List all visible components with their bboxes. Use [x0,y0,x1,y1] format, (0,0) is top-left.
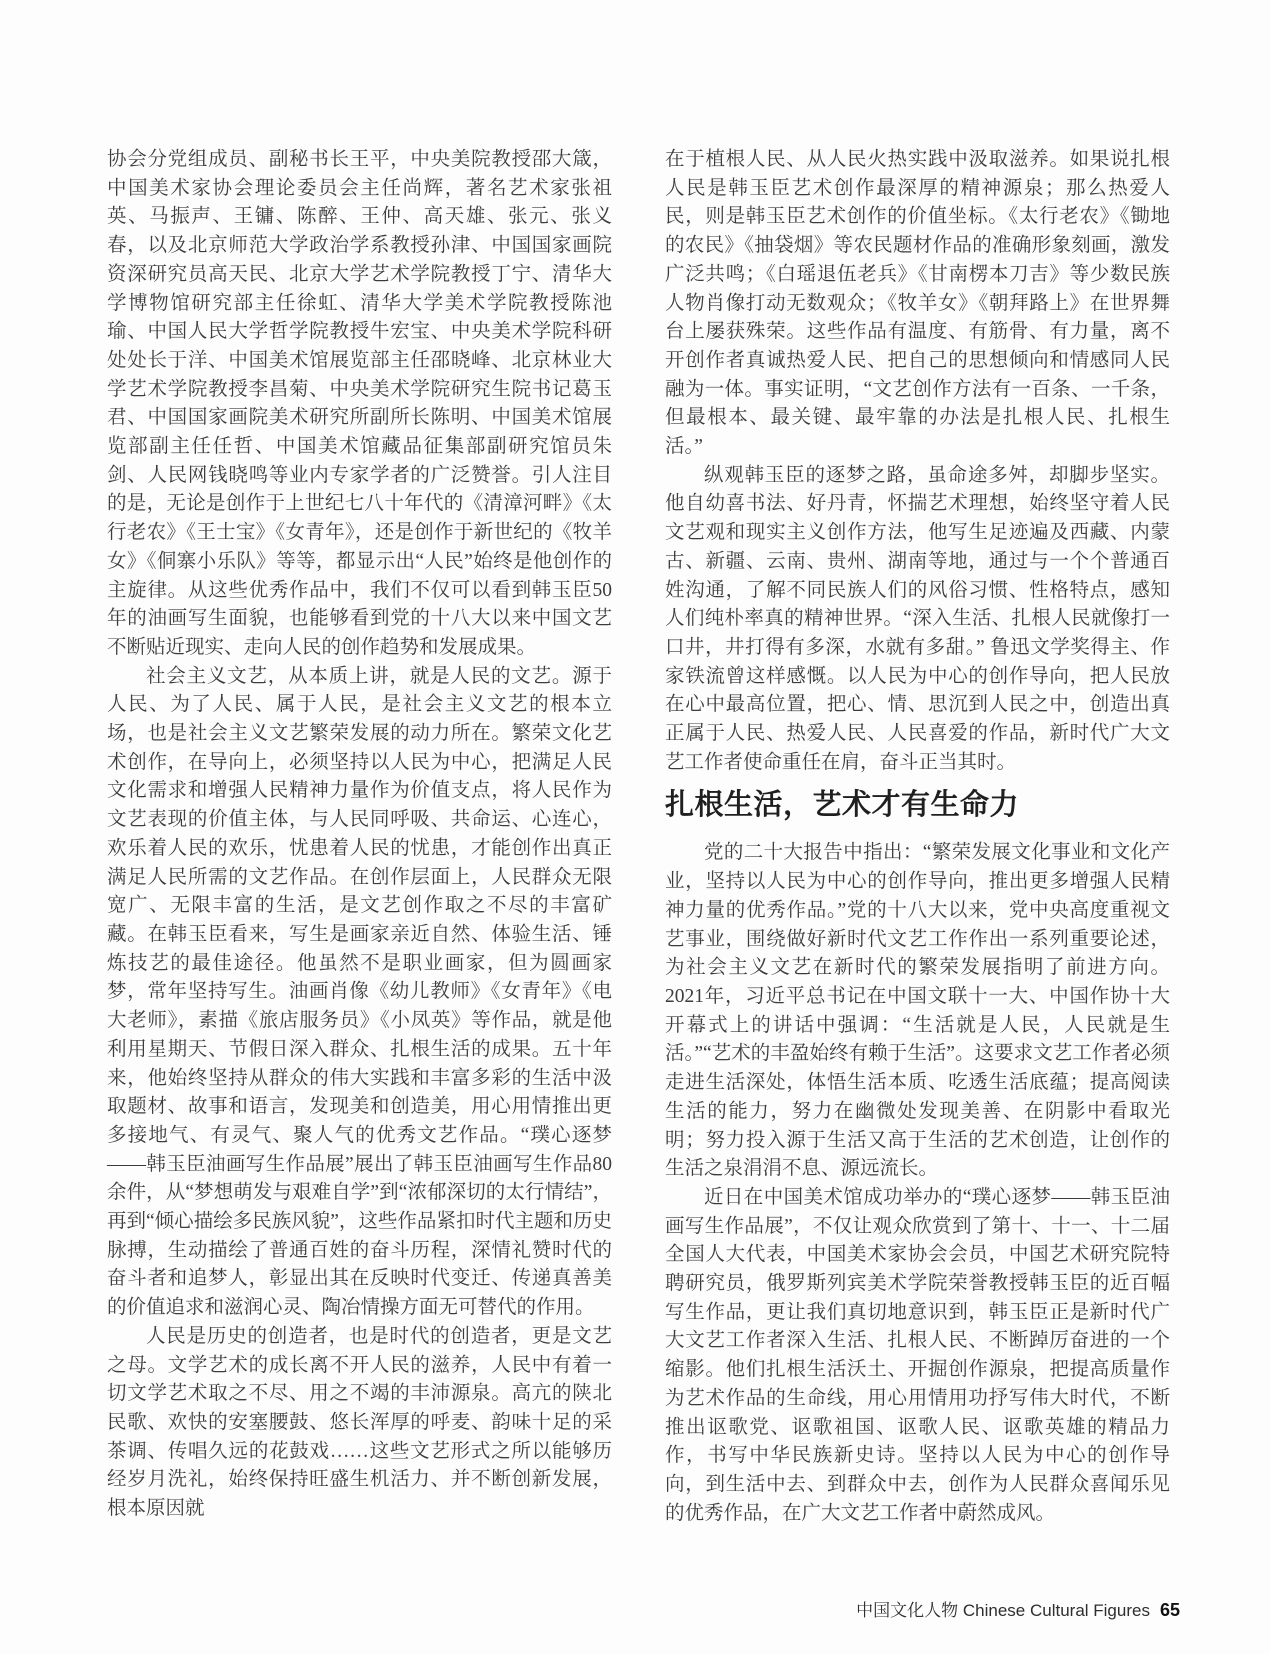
paragraph-continuation: 协会分党组成员、副秘书长王平，中央美院教授邵大箴，中国美术家协会理论委员会主任尚… [107,146,612,663]
paragraph: 人民是历史的创造者，也是时代的创造者，更是文艺之母。文学艺术的成长离不开人民的滋… [107,1323,612,1524]
magazine-page: 协会分党组成员、副秘书长王平，中央美院教授邵大箴，中国美术家协会理论委员会主任尚… [0,0,1270,1654]
paragraph: 社会主义文艺，从本质上讲，就是人民的文艺。源于人民、为了人民、属于人民，是社会主… [107,663,612,1323]
page-footer: 中国文化人物 Chinese Cultural Figures65 [856,1596,1180,1621]
paragraph: 近日在中国美术馆成功举办的“璞心逐梦——韩玉臣油画写生作品展”，不仅让观众欣赏到… [665,1184,1170,1528]
paragraph-continuation: 在于植根人民、从人民火热实践中汲取滋养。如果说扎根人民是韩玉臣艺术创作最深厚的精… [665,146,1170,462]
right-column: 在于植根人民、从人民火热实践中汲取滋养。如果说扎根人民是韩玉臣艺术创作最深厚的精… [665,146,1170,1528]
paragraph: 纵观韩玉臣的逐梦之路，虽命途多舛，却脚步坚实。他自幼喜书法、好丹青，怀揣艺术理想… [665,462,1170,778]
left-column: 协会分党组成员、副秘书长王平，中央美院教授邵大箴，中国美术家协会理论委员会主任尚… [107,146,612,1528]
paragraph: 党的二十大报告中指出：“繁荣发展文化事业和文化产业，坚持以人民为中心的创作导向，… [665,839,1170,1183]
footer-page-number: 65 [1160,1600,1180,1620]
footer-journal-title: 中国文化人物 Chinese Cultural Figures [856,1601,1150,1620]
section-heading: 扎根生活，艺术才有生命力 [665,787,1170,823]
article-body: 协会分党组成员、副秘书长王平，中央美院教授邵大箴，中国美术家协会理论委员会主任尚… [107,146,1170,1528]
